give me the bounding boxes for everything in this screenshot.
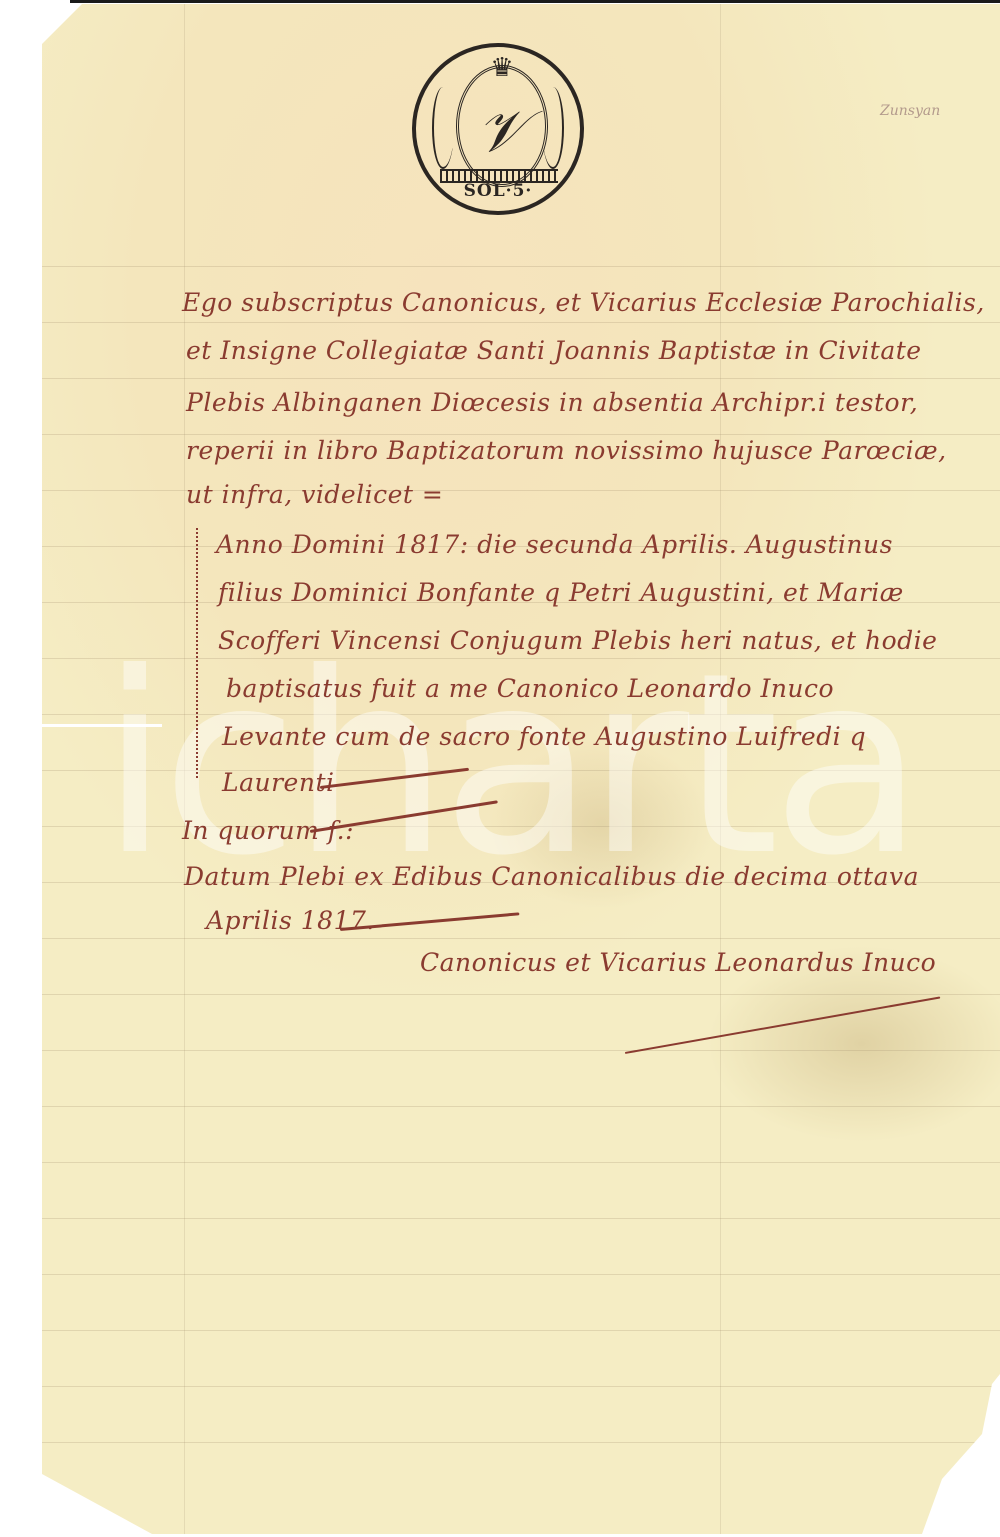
ruled-line <box>42 1218 1000 1219</box>
stamp-value: SOL·5· <box>416 181 580 201</box>
ruled-line <box>42 770 1000 771</box>
fold-line <box>720 4 721 1534</box>
pencil-annotation: Zunsyan <box>880 103 940 119</box>
scan-top-border <box>70 0 1000 3</box>
entry-line: Laurenti <box>222 768 335 797</box>
margin-line <box>184 4 185 1534</box>
ruled-line <box>42 1274 1000 1275</box>
ruled-line <box>42 378 1000 379</box>
closing-line: Aprilis 1817. <box>206 906 375 935</box>
entry-line: Levante cum de sacro fonte Augustino Lui… <box>222 722 866 751</box>
preamble-line: Plebis Albinganen Diœcesis in absentia A… <box>186 388 918 417</box>
ruled-line <box>42 266 1000 267</box>
laurel-branch-left-icon <box>432 87 454 169</box>
paper-tear <box>42 724 162 727</box>
entry-line: Anno Domini 1817: die secunda Aprilis. A… <box>216 530 893 559</box>
ruled-line <box>42 658 1000 659</box>
closing-line: In quorum f.: <box>182 816 354 845</box>
ruled-line <box>42 434 1000 435</box>
margin-bracket-icon <box>196 528 200 778</box>
entry-line: filius Dominici Bonfante q Petri Augusti… <box>218 578 904 607</box>
preamble-line: et Insigne Collegiatæ Santi Joannis Bapt… <box>186 336 922 365</box>
entry-line: Scofferi Vincensi Conjugum Plebis heri n… <box>218 626 937 655</box>
tax-stamp: ♛ 𝒱 SOL·5· <box>412 43 584 215</box>
ruled-line <box>42 938 1000 939</box>
ruled-line <box>42 1330 1000 1331</box>
signature: Canonicus et Vicarius Leonardus Inuco <box>420 948 936 977</box>
ruled-line <box>42 322 1000 323</box>
ruled-line <box>42 1050 1000 1051</box>
preamble-line: Ego subscriptus Canonicus, et Vicarius E… <box>182 288 985 317</box>
entry-line: baptisatus fuit a me Canonico Leonardo I… <box>226 674 834 703</box>
ruled-line <box>42 714 1000 715</box>
preamble-line: ut infra, videlicet = <box>186 480 443 509</box>
document-page <box>42 4 1000 1534</box>
preamble-line: reperii in libro Baptizatorum novissimo … <box>186 436 947 465</box>
crown-icon: ♛ <box>482 57 522 79</box>
ruled-line <box>42 994 1000 995</box>
closing-line: Datum Plebi ex Edibus Canonicalibus die … <box>184 862 919 891</box>
monogram-icon: 𝒱 <box>466 91 536 171</box>
ruled-line <box>42 1106 1000 1107</box>
ruled-line <box>42 1386 1000 1387</box>
ruled-line <box>42 1442 1000 1443</box>
ruled-line <box>42 1162 1000 1163</box>
